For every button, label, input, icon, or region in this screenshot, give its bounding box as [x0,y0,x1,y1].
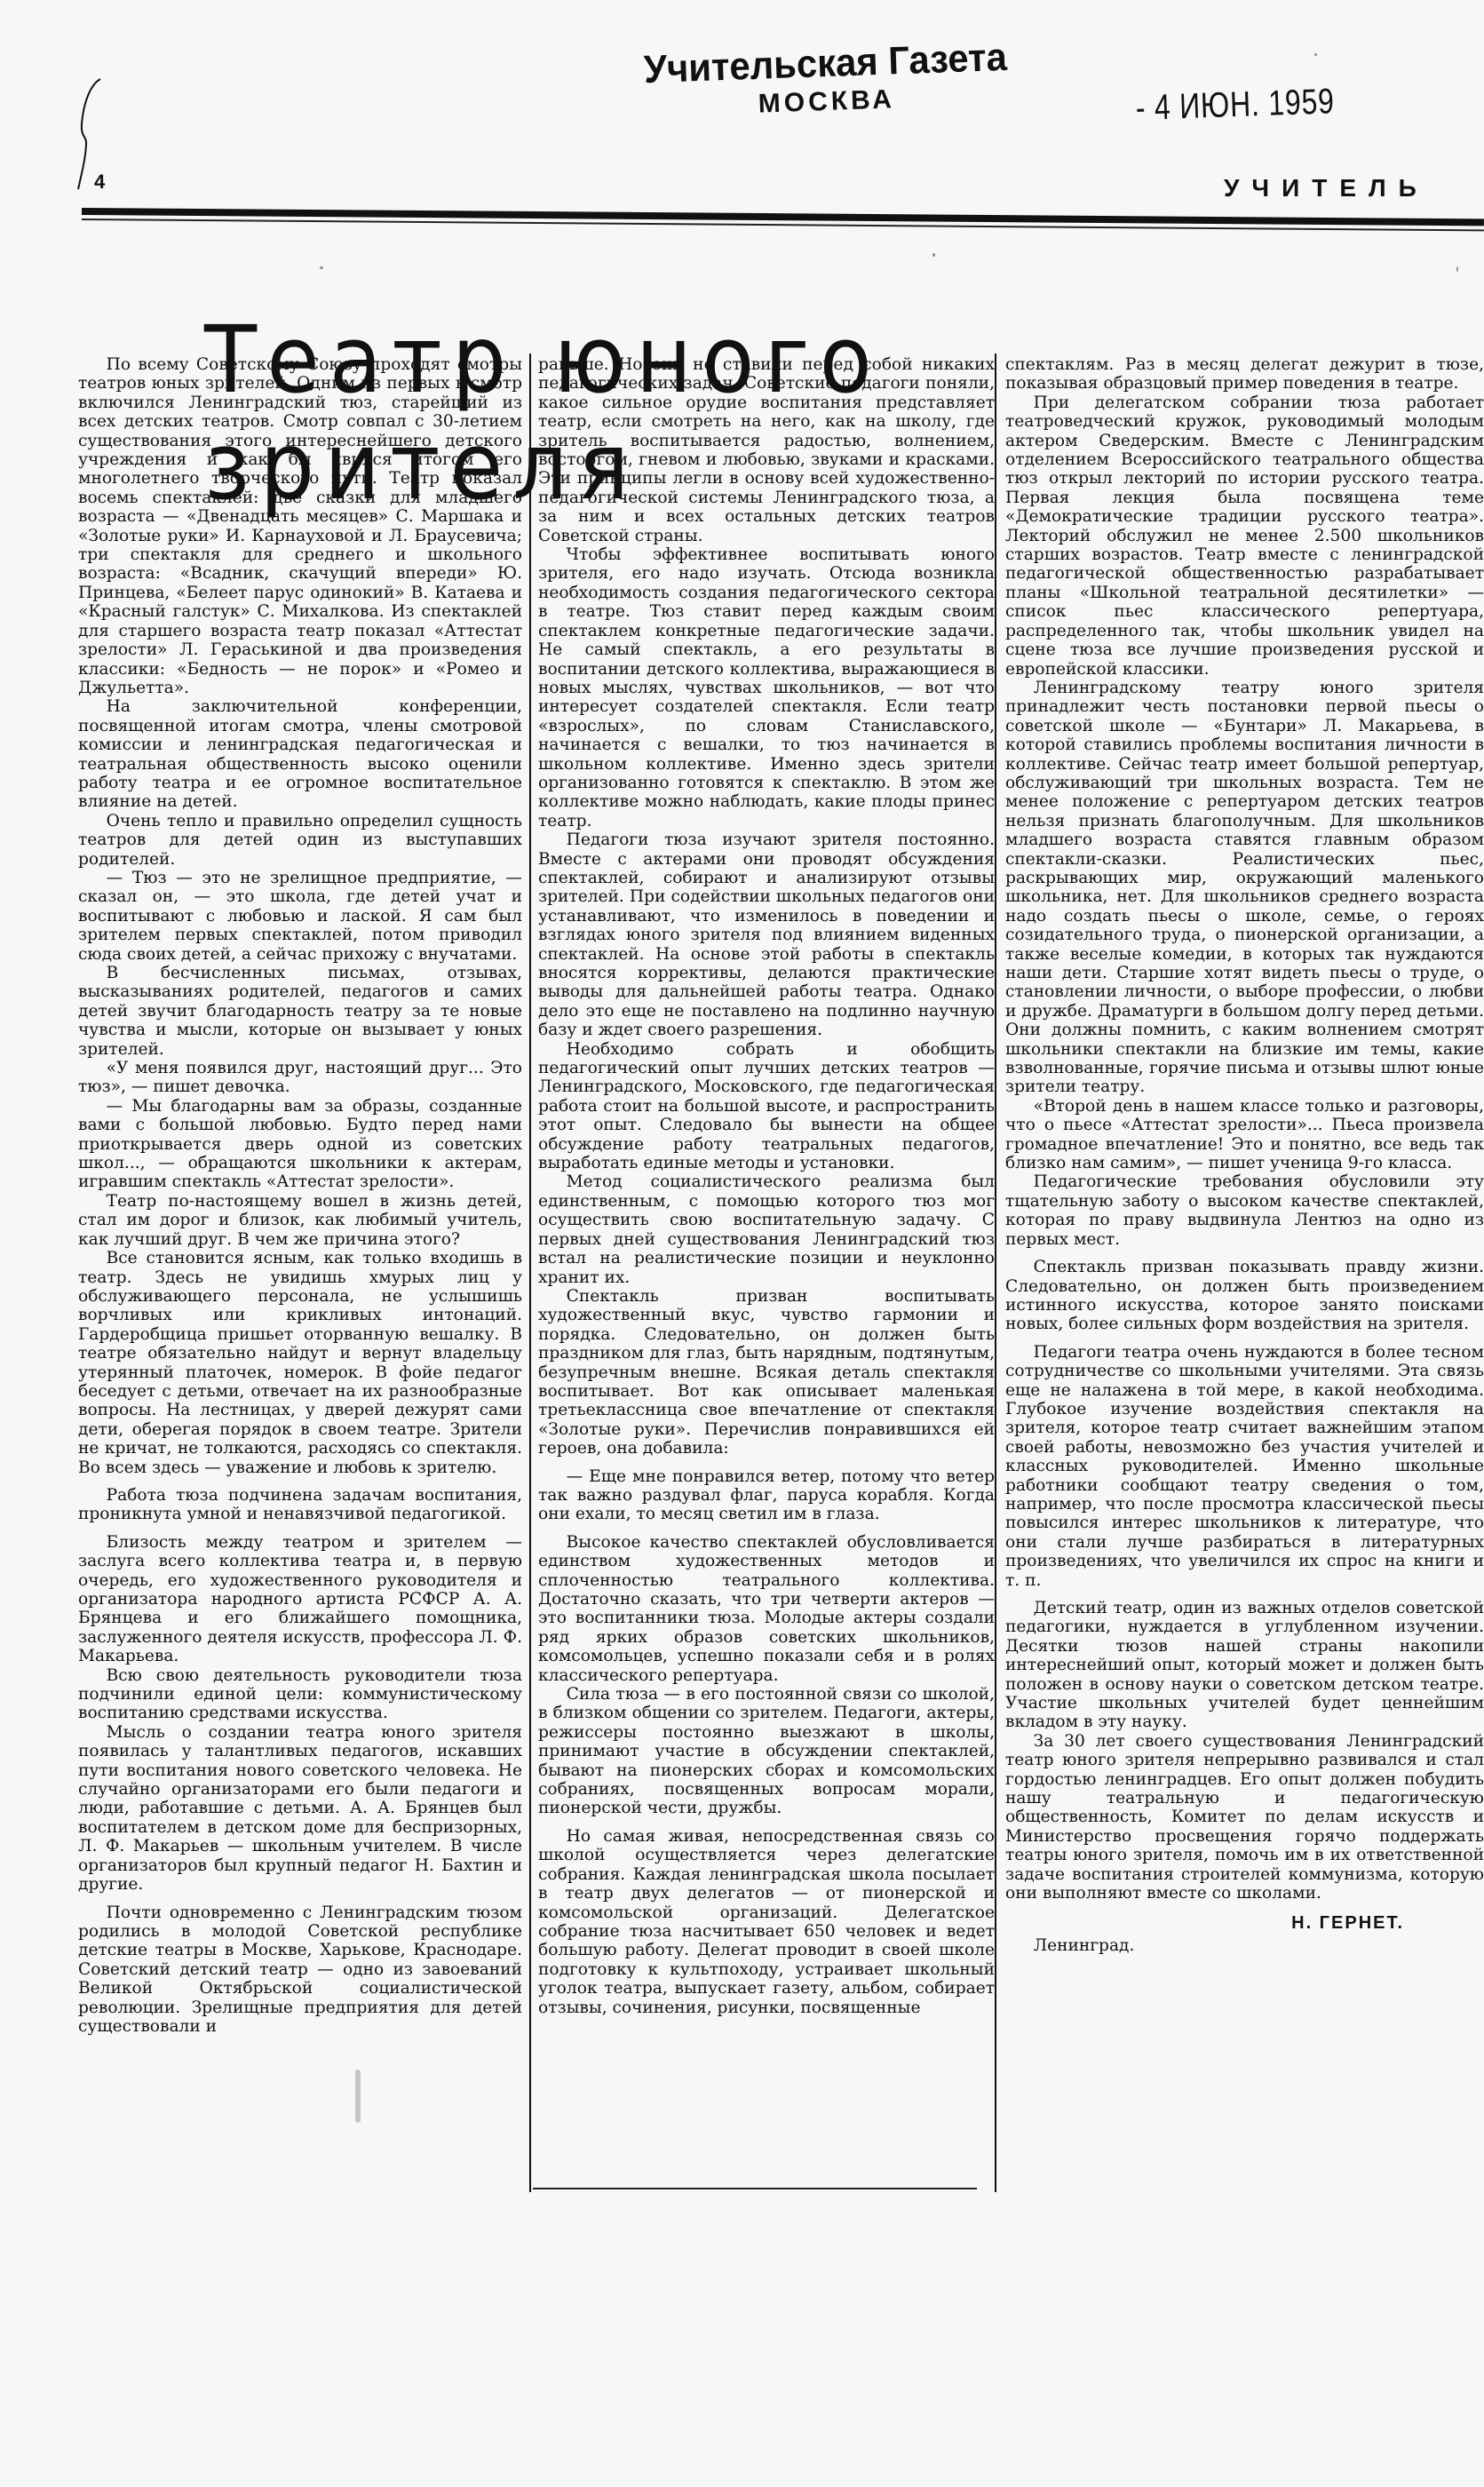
paragraph: Педагогические требования обусловили эту… [1005,1172,1484,1249]
paragraph: Спектакль призван воспитывать художестве… [538,1287,995,1458]
paragraph: — Тюз — это не зрелищное предприятие, — … [78,869,522,964]
page-number: 4 [94,171,105,194]
article-column-3: спектаклям. Раз в месяц делегат дежурит … [1005,355,1484,2185]
paragraph: Мысль о создании театра юного зрителя по… [78,1723,522,1895]
bottom-rule [533,2188,977,2189]
newspaper-masthead-stamp: Учительская Газета МОСКВА [621,36,1032,124]
print-speck [320,266,323,269]
paragraph: Спектакль призван показывать правду жизн… [1005,1258,1484,1334]
paragraph: Близость между театром и зрителем — засл… [78,1533,522,1666]
paragraph: «Второй день в нашем классе только и раз… [1005,1097,1484,1173]
paragraph: Метод социалистического реализма был еди… [538,1172,995,1286]
paragraph: Очень тепло и правильно определил сущнос… [78,812,522,869]
paragraph: В бесчисленных письмах, отзывах, высказы… [78,964,522,1059]
print-speck [932,253,935,257]
paragraph: Работа тюза подчинена задачам воспитания… [78,1486,522,1524]
paragraph: раньше. Но они не ставили перед собой ни… [538,355,995,545]
paragraph: Высокое качество спектаклей обусловливае… [538,1533,995,1685]
article-column-1: По всему Советскому Союзу проходят смотр… [78,355,522,2036]
paragraph: Театр по-настоящему вошел в жизнь детей,… [78,1192,522,1249]
print-speck [1456,266,1458,272]
paragraph: При делегатском собрании тюза работает т… [1005,393,1484,679]
paragraph: По всему Советскому Союзу проходят смотр… [78,355,522,697]
paragraph: Но самая живая, непосредственная связь с… [538,1827,995,2017]
paragraph: Необходимо собрать и обобщить педагогиче… [538,1040,995,1173]
newspaper-page: Учительская Газета МОСКВА - 4 ИЮН. 1959 … [0,0,1484,2487]
section-label: УЧИТЕЛЬ [1224,174,1429,203]
paragraph: спектаклям. Раз в месяц делегат дежурит … [1005,355,1484,393]
paragraph: Педагоги театра очень нуждаются в более … [1005,1343,1484,1590]
article-column-2: раньше. Но они не ставили перед собой ни… [538,355,995,2017]
paragraph: «У меня появился друг, настоящий друг...… [78,1059,522,1097]
print-speck [1314,53,1317,56]
author-signature: Н. ГЕРНЕТ. [1005,1914,1484,1933]
paragraph: Детский театр, один из важных отделов со… [1005,1599,1484,1732]
print-smudge [355,2070,361,2123]
paragraph: Все становится ясным, как только входишь… [78,1249,522,1477]
paragraph: Педагоги тюза изучают зрителя постоянно.… [538,830,995,1039]
paragraph: На заключительной конференции, посвященн… [78,697,522,811]
paragraph: Чтобы эффективнее воспитывать юного зрит… [538,545,995,830]
paragraph: За 30 лет своего существования Ленинград… [1005,1732,1484,1903]
paragraph: Ленинградскому театру юного зрителя прин… [1005,679,1484,1097]
column-divider [995,354,996,2192]
column-divider [529,354,531,2192]
paragraph: Почти одновременно с Ленинградским тюзом… [78,1903,522,2037]
paragraph: — Мы благодарны вам за образы, созданные… [78,1097,522,1192]
paragraph: Всю свою деятельность руководители тюза … [78,1666,522,1723]
dateline: Ленинград. [1005,1936,1484,1955]
paragraph: — Еще мне понравился ветер, потому что в… [538,1467,995,1524]
stamp-date: - 4 ИЮН. 1959 [1135,82,1335,129]
paragraph: Сила тюза — в его постоянной связи со шк… [538,1685,995,1818]
